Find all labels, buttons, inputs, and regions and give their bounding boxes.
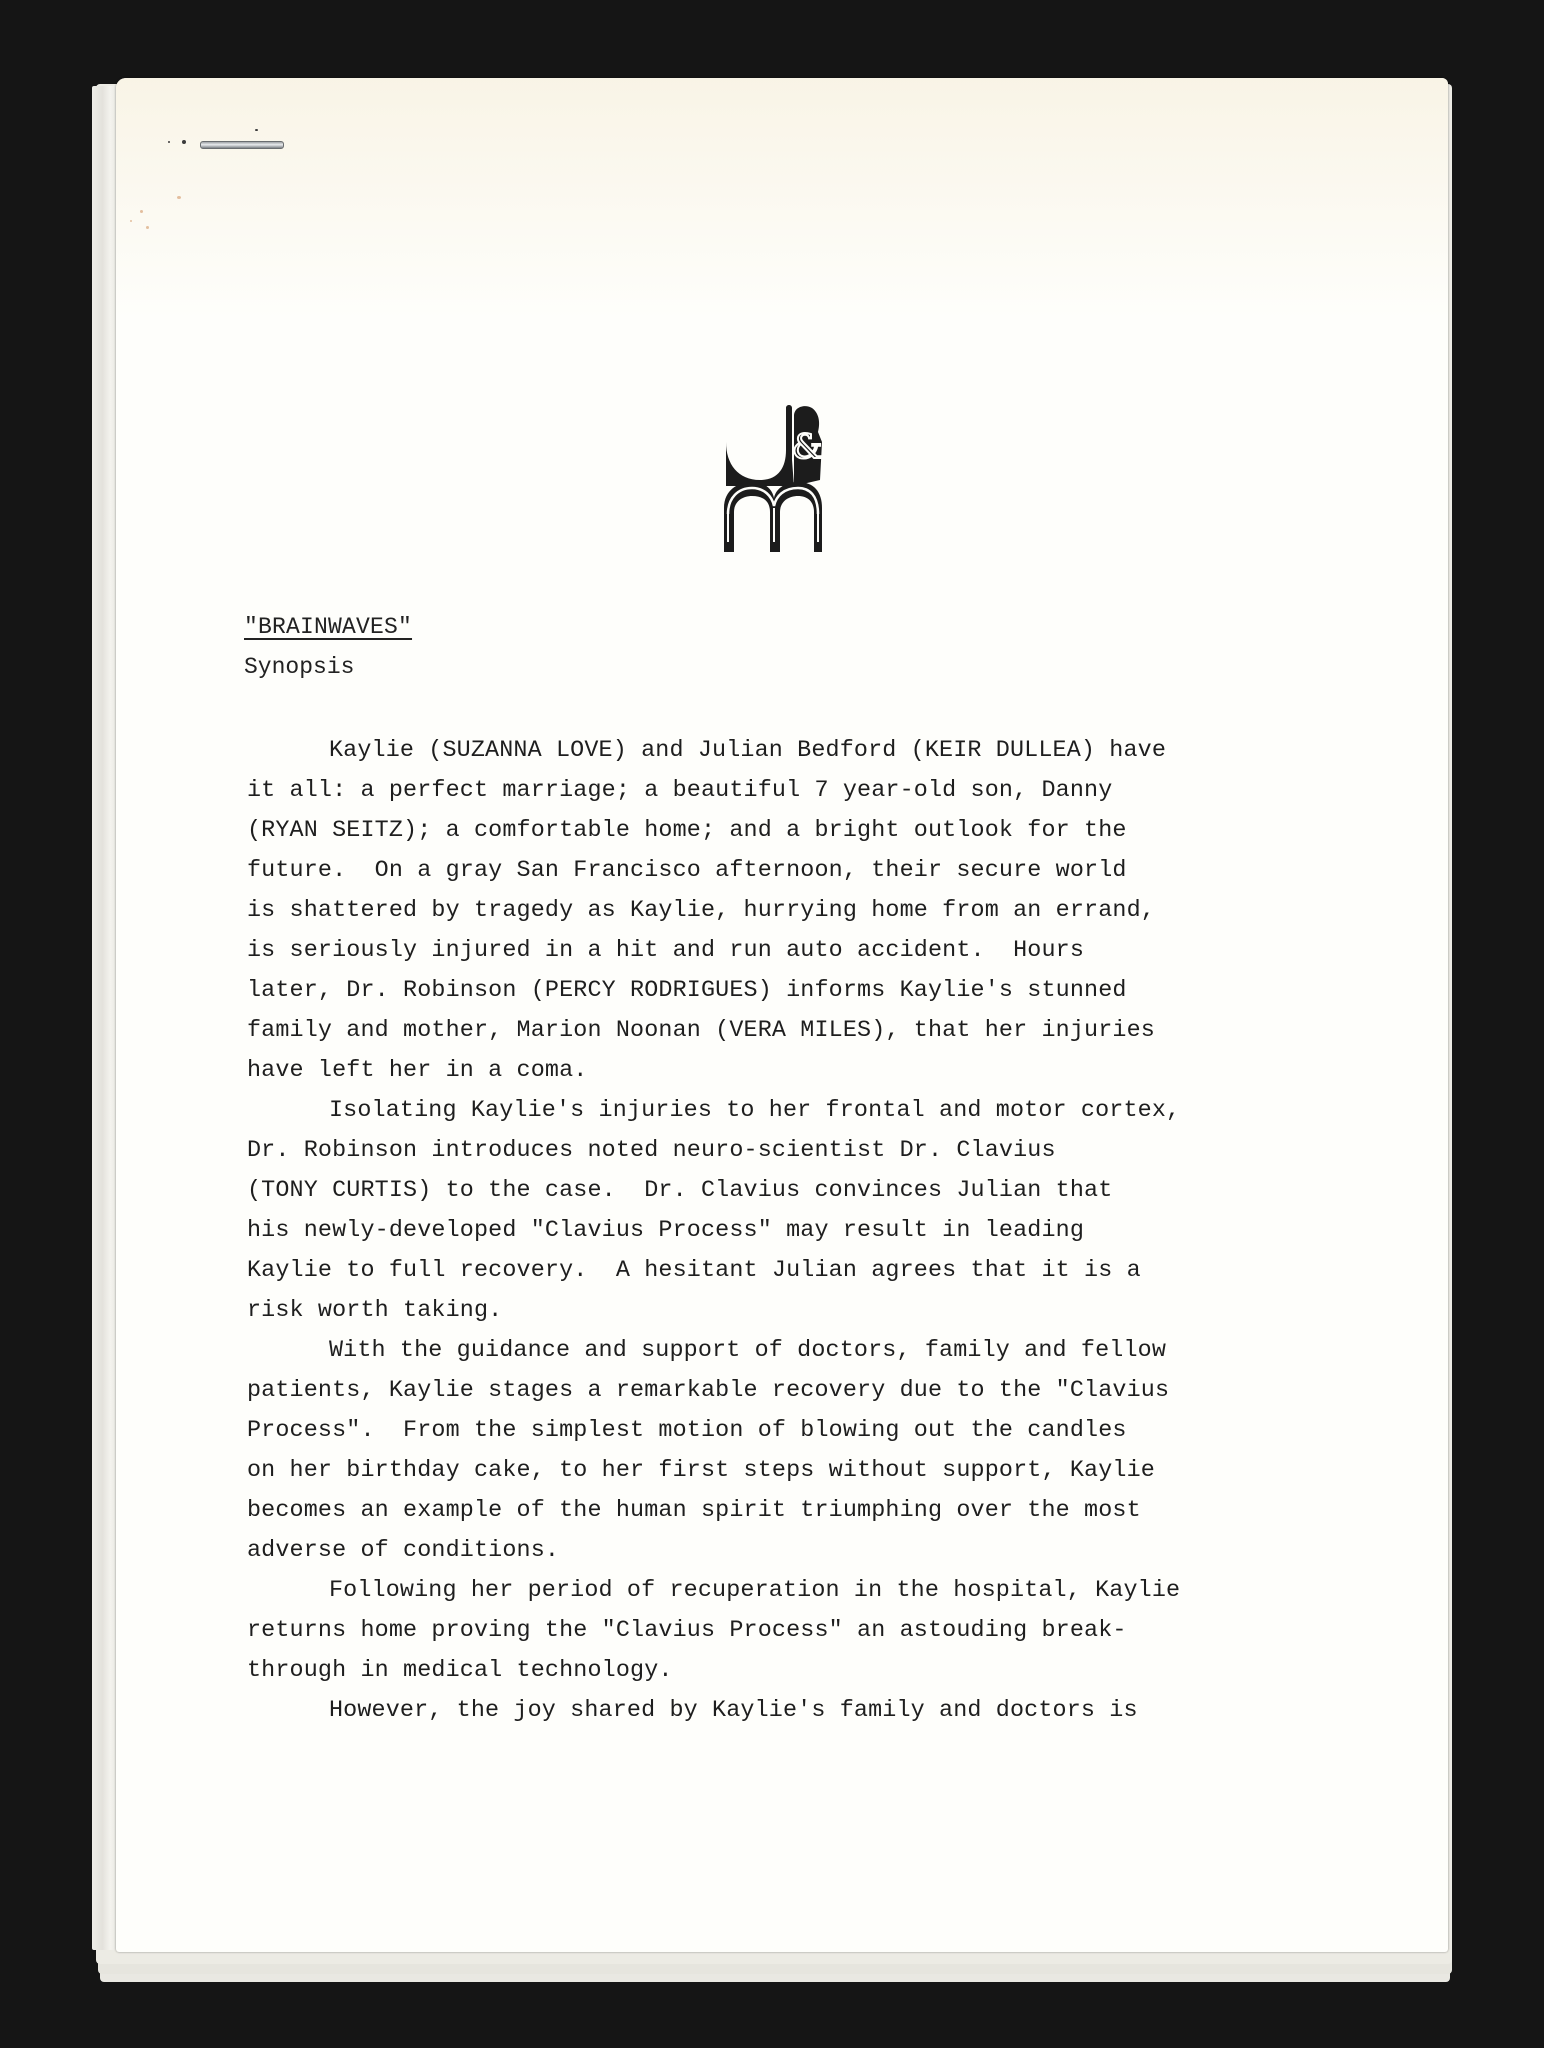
text-line: Dr. Robinson introduces noted neuro-scie… xyxy=(247,1131,1387,1171)
svg-text:&: & xyxy=(792,427,822,467)
stacked-sheet-edges xyxy=(92,86,118,1950)
text-line: later, Dr. Robinson (PERCY RODRIGUES) in… xyxy=(247,971,1387,1011)
text-line: his newly-developed "Clavius Process" ma… xyxy=(247,1211,1387,1251)
rust-spot xyxy=(146,226,149,229)
document-title: "BRAINWAVES" xyxy=(244,614,412,640)
text-line: Following her period of recuperation in … xyxy=(247,1571,1387,1611)
rust-spot xyxy=(177,196,181,199)
text-line: patients, Kaylie stages a remarkable rec… xyxy=(247,1371,1387,1411)
text-line: With the guidance and support of doctors… xyxy=(247,1331,1387,1371)
text-line: family and mother, Marion Noonan (VERA M… xyxy=(247,1011,1387,1051)
text-line: Process". From the simplest motion of bl… xyxy=(247,1411,1387,1451)
paragraph: However, the joy shared by Kaylie's fami… xyxy=(247,1691,1387,1731)
text-line: However, the joy shared by Kaylie's fami… xyxy=(247,1691,1387,1731)
rust-spot xyxy=(130,220,132,222)
text-line: Kaylie to full recovery. A hesitant Juli… xyxy=(247,1251,1387,1291)
text-line: future. On a gray San Francisco afternoo… xyxy=(247,851,1387,891)
text-line: it all: a perfect marriage; a beautiful … xyxy=(247,771,1387,811)
ink-speck xyxy=(255,129,258,131)
text-line: (TONY CURTIS) to the case. Dr. Clavius c… xyxy=(247,1171,1387,1211)
text-line: (RYAN SEITZ); a comfortable home; and a … xyxy=(247,811,1387,851)
text-line: have left her in a coma. xyxy=(247,1051,1387,1091)
paragraph: With the guidance and support of doctors… xyxy=(247,1331,1387,1571)
text-line: Isolating Kaylie's injuries to her front… xyxy=(247,1091,1387,1131)
jm-monogram-logo-icon: & xyxy=(722,402,826,554)
text-line: on her birthday cake, to her first steps… xyxy=(247,1451,1387,1491)
synopsis-body: Kaylie (SUZANNA LOVE) and Julian Bedford… xyxy=(247,731,1387,1731)
text-line: Kaylie (SUZANNA LOVE) and Julian Bedford… xyxy=(247,731,1387,771)
text-line: is seriously injured in a hit and run au… xyxy=(247,931,1387,971)
staple-icon xyxy=(200,141,284,149)
document-subtitle: Synopsis xyxy=(244,654,354,680)
ink-speck xyxy=(168,141,170,143)
text-line: through in medical technology. xyxy=(247,1651,1387,1691)
ink-speck xyxy=(182,140,186,144)
rust-spot xyxy=(140,210,143,213)
paragraph: Following her period of recuperation in … xyxy=(247,1571,1387,1691)
text-line: adverse of conditions. xyxy=(247,1531,1387,1571)
text-line: is shattered by tragedy as Kaylie, hurry… xyxy=(247,891,1387,931)
text-line: returns home proving the "Clavius Proces… xyxy=(247,1611,1387,1651)
paragraph: Isolating Kaylie's injuries to her front… xyxy=(247,1091,1387,1331)
text-line: becomes an example of the human spirit t… xyxy=(247,1491,1387,1531)
text-line: risk worth taking. xyxy=(247,1291,1387,1331)
paragraph: Kaylie (SUZANNA LOVE) and Julian Bedford… xyxy=(247,731,1387,1091)
